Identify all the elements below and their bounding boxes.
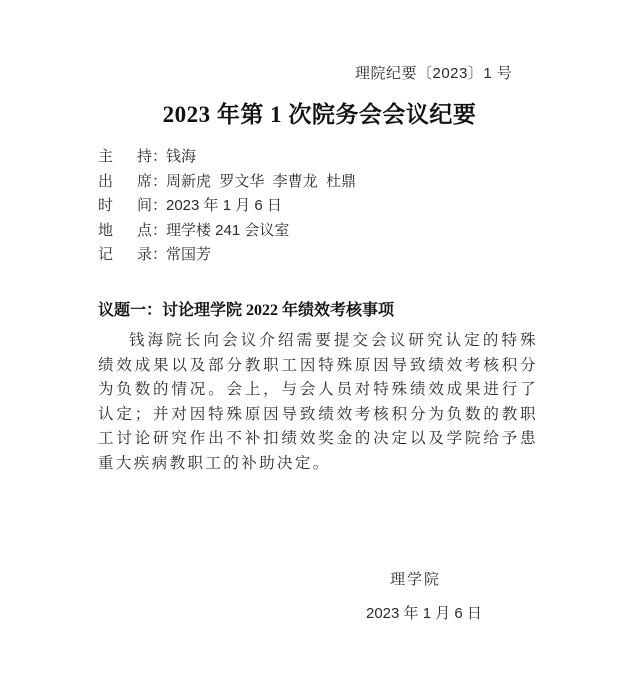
meta-row-host: 主持：钱海 <box>98 145 356 170</box>
meta-row-location: 地点：理学楼 241 会议室 <box>98 219 356 244</box>
signature-date: 2023 年 1 月 6 日 <box>366 602 482 623</box>
meta-row-attendees: 出席：周新虎 罗文华 李曹龙 杜鼎 <box>98 170 356 195</box>
document-title: 2023 年第 1 次院务会会议纪要 <box>0 96 639 129</box>
meta-label: 记录 <box>98 243 152 268</box>
meta-value-recorder: 常国芳 <box>166 243 211 268</box>
meeting-info: 主持：钱海 出席：周新虎 罗文华 李曹龙 杜鼎 时间：2023 年 1 月 6 … <box>98 145 356 268</box>
signature-organization: 理学院 <box>390 568 441 589</box>
meta-value-location: 理学楼 241 会议室 <box>166 219 289 244</box>
meta-value-host: 钱海 <box>166 145 196 170</box>
meta-value-attendees: 周新虎 罗文华 李曹龙 杜鼎 <box>166 170 356 195</box>
meta-label: 时间 <box>98 194 152 219</box>
topic-heading: 议题一：讨论理学院 2022 年绩效考核事项 <box>98 297 394 320</box>
meta-row-recorder: 记录：常国芳 <box>98 243 356 268</box>
document-number: 理院纪要〔2023〕1 号 <box>355 62 512 83</box>
meta-label: 主持 <box>98 145 152 170</box>
meta-row-time: 时间：2023 年 1 月 6 日 <box>98 194 356 219</box>
topic-paragraph: 钱海院长向会议介绍需要提交会议研究认定的特殊绩效成果以及部分教职工因特殊原因导致… <box>98 328 538 475</box>
meta-label: 地点 <box>98 219 152 244</box>
meta-value-time: 2023 年 1 月 6 日 <box>166 194 282 219</box>
meta-label: 出席 <box>98 170 152 195</box>
